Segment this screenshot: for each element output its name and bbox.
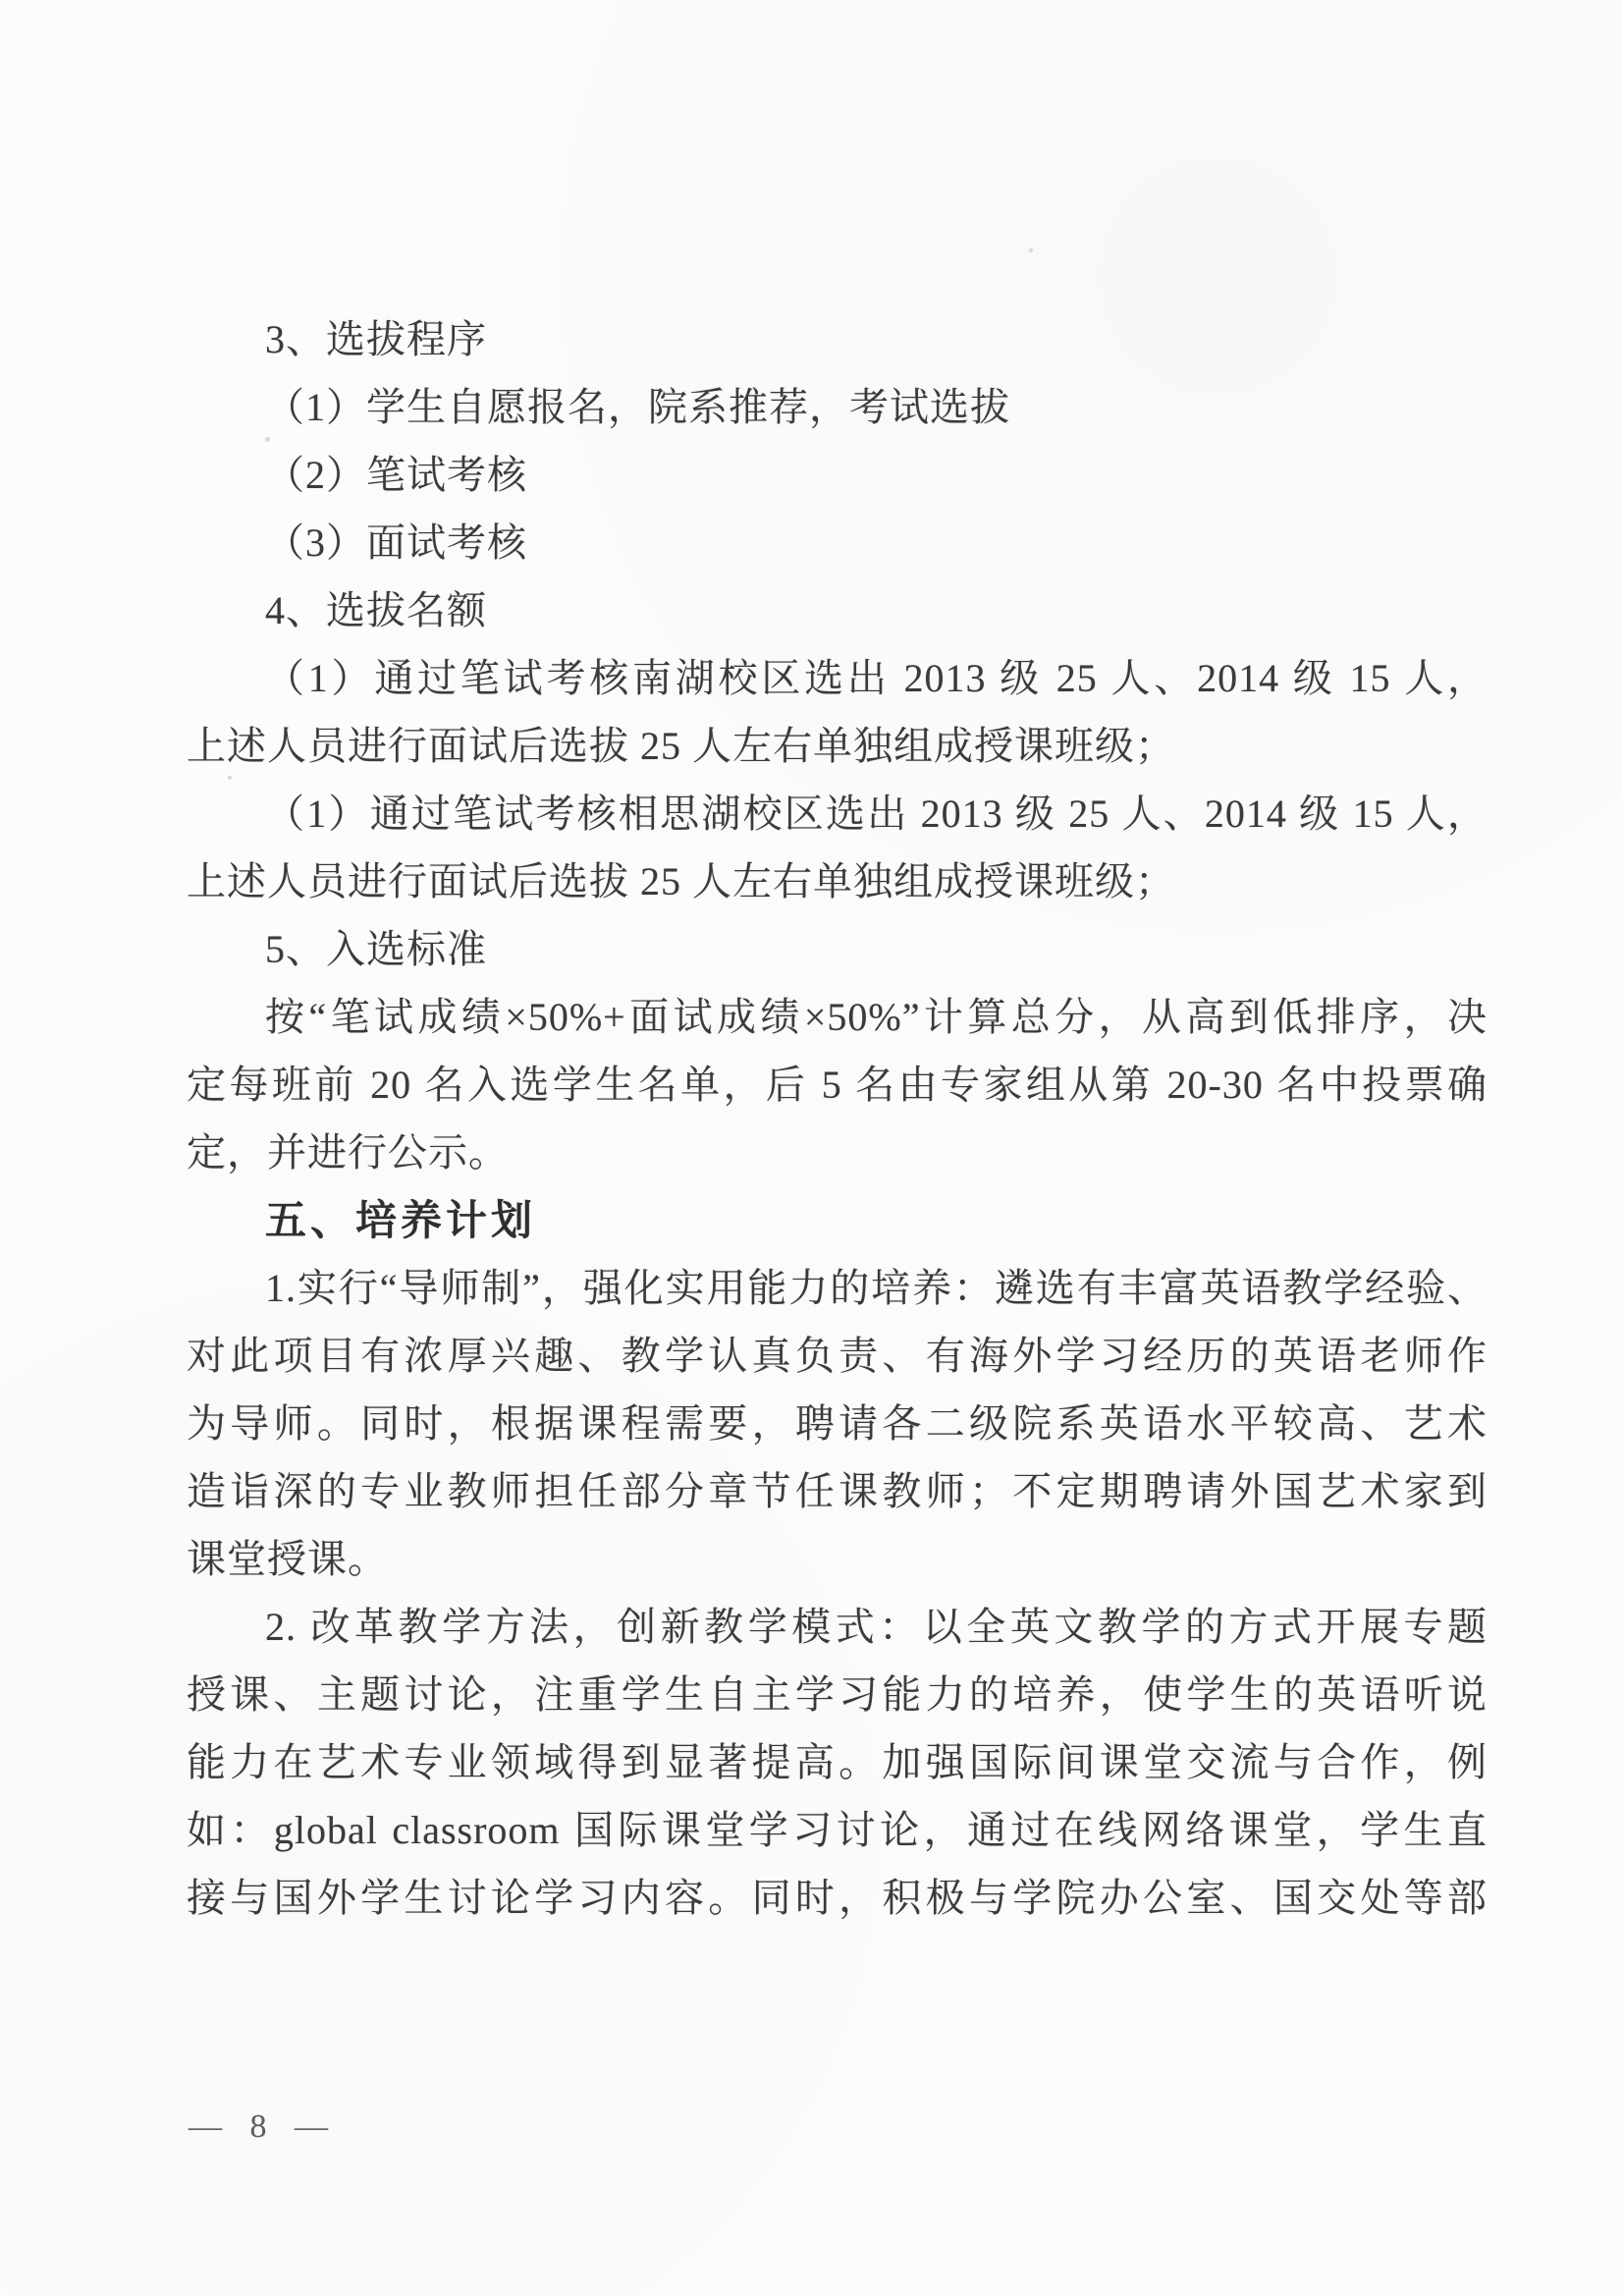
text-line: 能力在艺术专业领域得到显著提高。加强国际间课堂交流与合作，例 <box>187 1728 1488 1796</box>
text-line: 1.实行“导师制”，强化实用能力的培养：遴选有丰富英语教学经验、 <box>187 1254 1488 1322</box>
text-line: 定每班前 20 名入选学生名单，后 5 名由专家组从第 20-30 名中投票确 <box>187 1051 1488 1119</box>
text-line: 3、选拔程序 <box>187 305 1488 373</box>
scan-speck <box>228 776 232 780</box>
text-line: 接与国外学生讨论学习内容。同时，积极与学院办公室、国交处等部 <box>187 1864 1488 1932</box>
section-heading: 五、培养计划 <box>187 1186 1488 1254</box>
text-line: （2）笔试考核 <box>187 441 1488 509</box>
text-line: （1）学生自愿报名，院系推荐，考试选拔 <box>187 373 1488 441</box>
text-line: 为导师。同时，根据课程需要，聘请各二级院系英语水平较高、艺术 <box>187 1390 1488 1457</box>
text-line: 5、入选标准 <box>187 915 1488 983</box>
text-line: （1）通过笔试考核相思湖校区选出 2013 级 25 人、2014 级 15 人… <box>187 780 1488 847</box>
document-body: 3、选拔程序（1）学生自愿报名，院系推荐，考试选拔（2）笔试考核（3）面试考核4… <box>187 305 1488 1932</box>
text-line: （3）面试考核 <box>187 509 1488 576</box>
text-line: 定，并进行公示。 <box>187 1119 1488 1186</box>
scan-speck <box>1029 248 1033 252</box>
text-line: （1）通过笔试考核南湖校区选出 2013 级 25 人、2014 级 15 人， <box>187 644 1488 712</box>
text-line: 对此项目有浓厚兴趣、教学认真负责、有海外学习经历的英语老师作 <box>187 1322 1488 1390</box>
text-line: 4、选拔名额 <box>187 576 1488 644</box>
page-number: — 8 — <box>189 2107 330 2147</box>
text-line: 按“笔试成绩×50%+面试成绩×50%”计算总分，从高到低排序，决 <box>187 983 1488 1051</box>
text-line: 授课、主题讨论，注重学生自主学习能力的培养，使学生的英语听说 <box>187 1661 1488 1728</box>
text-line: 2. 改革教学方法，创新教学模式：以全英文教学的方式开展专题 <box>187 1593 1488 1661</box>
text-line: 课堂授课。 <box>187 1525 1488 1593</box>
text-line: 如：global classroom 国际课堂学习讨论，通过在线网络课堂，学生直 <box>187 1796 1488 1864</box>
text-line: 造诣深的专业教师担任部分章节任课教师；不定期聘请外国艺术家到 <box>187 1457 1488 1525</box>
text-line: 上述人员进行面试后选拔 25 人左右单独组成授课班级； <box>187 847 1488 915</box>
text-line: 上述人员进行面试后选拔 25 人左右单独组成授课班级； <box>187 712 1488 780</box>
scanned-document-page: 3、选拔程序（1）学生自愿报名，院系推荐，考试选拔（2）笔试考核（3）面试考核4… <box>0 0 1623 2296</box>
scan-speck <box>265 437 270 442</box>
